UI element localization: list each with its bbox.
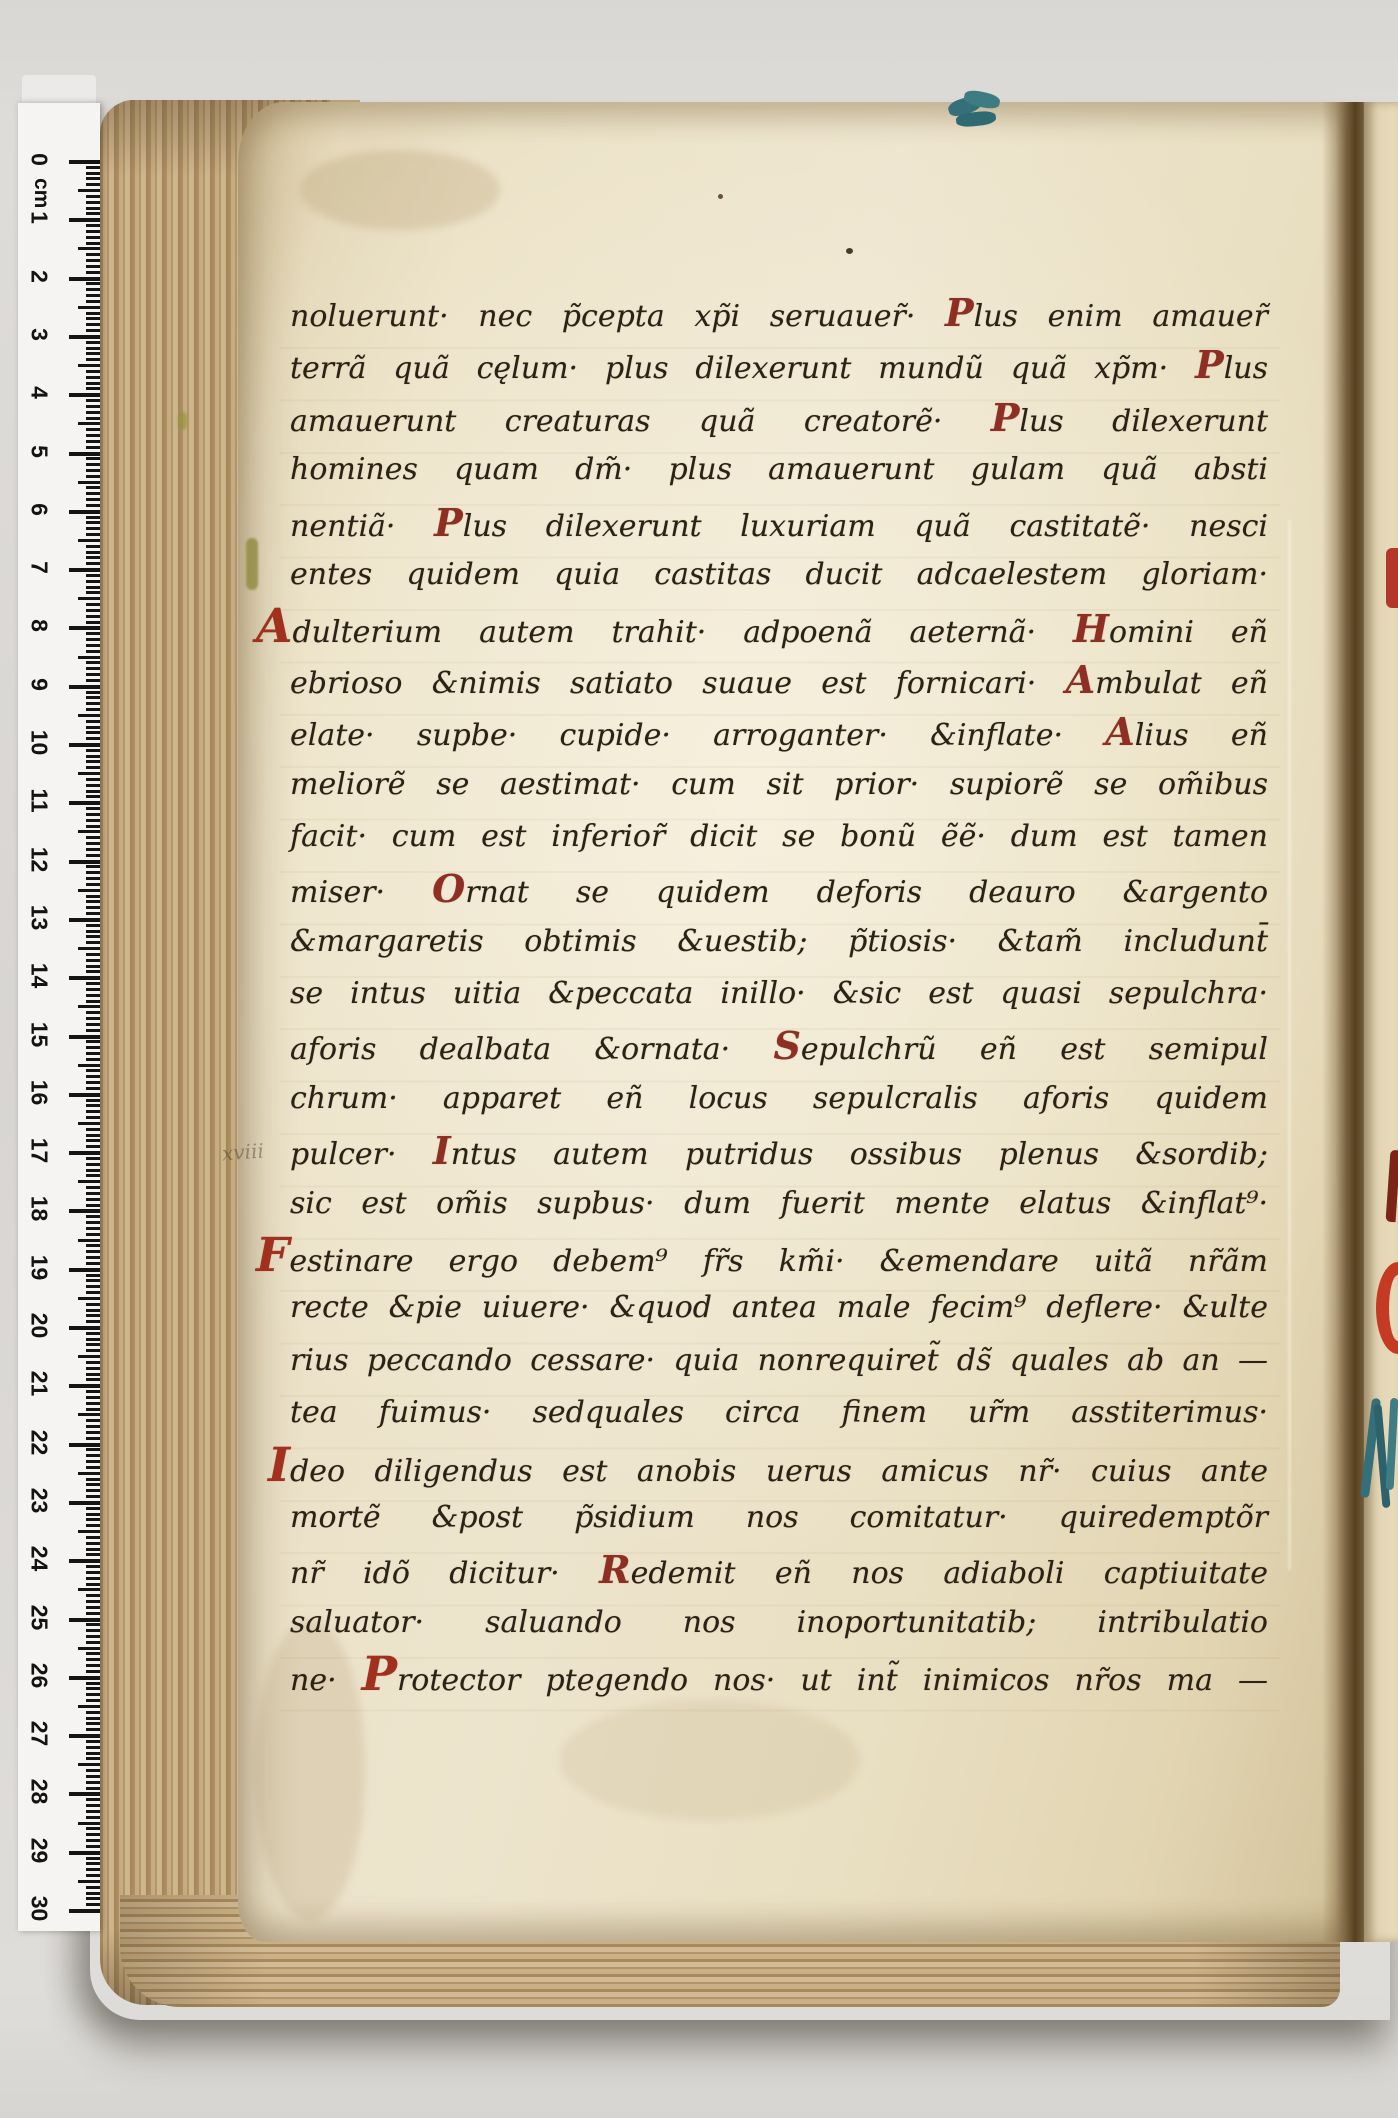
ruler-tick [78,1122,100,1125]
ruler-tick [86,1548,100,1551]
ruler-tick [86,1845,100,1848]
ruler-number: 2 [26,261,53,291]
manuscript-line: pulcer· Intus autem putridus ossibus ple… [290,1125,1268,1177]
ruler-tick [86,766,100,769]
manuscript-line: se intus uitia &peccata inillo· &sic est… [290,968,1268,1020]
ruler-tick [86,1781,100,1784]
ruler-tick [86,1419,100,1422]
ruler-tick [86,755,100,758]
ruler-tick [69,1326,100,1330]
ruler-tick [86,317,100,320]
ruler-tick [86,446,100,449]
manuscript-line: nentiã· Plus dilexerunt luxuriam quã cas… [290,497,1268,549]
ruler-tick [86,463,100,466]
manuscript-text-segment: rnat se quidem deforis deauro &argento [465,875,1268,910]
ruler-tick [78,1064,100,1067]
ruler-tick [86,1046,100,1049]
ruler-tick [86,1693,100,1696]
manuscript-line: mortẽ &post p̃sidium nos comitatur· quir… [290,1492,1268,1544]
ruler-tick [78,830,100,833]
ruler-tick [86,230,100,233]
ruler-tick [78,1355,100,1358]
ruler-number: 26 [26,1660,53,1690]
ruler-tick [86,906,100,909]
ruler-tick [86,405,100,408]
ruler-tick [86,924,100,927]
ruler-tick [86,591,100,594]
ruler-tick [86,1262,100,1265]
ruler-tick [86,1373,100,1376]
manuscript-line: Festinare ergo debem⁹ fr̃s km̃i· &emenda… [290,1230,1268,1282]
ruler-tick [69,393,100,397]
ruler-number: 11 [26,786,53,816]
ruler-tick [86,1757,100,1760]
ruler-tick [78,422,100,425]
ruler-tick [86,1139,100,1142]
ruler-tick [86,1017,100,1020]
ruler-tick [86,1134,100,1137]
ruler-tick [86,970,100,973]
ruler-tick [86,895,100,898]
ruler-number: 13 [26,902,53,932]
ruler-tick [86,865,100,868]
ruler-tick [86,1804,100,1807]
ruler-tick [86,667,100,670]
ruler-tick [78,1239,100,1242]
ruler-tick [86,661,100,664]
manuscript-text-segment: lus dilexerunt luxuriam quã castitatẽ· n… [463,509,1268,544]
ruler-tick [69,1151,100,1155]
ruler-tick [86,1658,100,1661]
manuscript-line: miser· Ornat se quidem deforis deauro &a… [290,863,1268,915]
ruler-tick [86,1169,100,1172]
bookmark-thread-top [948,90,1004,140]
ruler-tick [78,714,100,717]
ruler-number: 17 [26,1136,53,1166]
ruler-tick [69,1676,100,1680]
manuscript-text-segment: mortẽ &post p̃sidium nos comitatur· quir… [290,1500,1268,1535]
ruler-tick [78,889,100,892]
manuscript-text-segment: lus dilexerunt [1019,404,1268,439]
manuscript-text-segment: ne· [290,1663,362,1698]
ruler-tick [86,1075,100,1078]
ruler-number: 30 [26,1894,53,1924]
ruler-tick [86,521,100,524]
ruler-tick [86,638,100,641]
ruler-tick [86,1040,100,1043]
ruler-tick [86,1227,100,1230]
ruler-tick [78,1822,100,1825]
ruler-tick [86,1145,100,1148]
ruler-tick [69,568,100,572]
ruler-tick [78,656,100,659]
ruler-tick [86,1052,100,1055]
ruler-tick [86,1775,100,1778]
manuscript-text-segment: miser· [290,875,432,910]
ruler-tick [86,1023,100,1026]
ruler-tick [86,1233,100,1236]
ruler: 0123456789101112131415161718192021222324… [18,103,100,1931]
ruler-tick [86,825,100,828]
ruler-tick [86,1198,100,1201]
ruler-tick [86,1687,100,1690]
manuscript-text-segment: tea fuimus· sedquales circa finem ur̃m a… [290,1395,1268,1430]
rubric-initial: O [432,866,465,911]
margin-note: xviii [221,1139,264,1166]
ruler-tick [86,650,100,653]
manuscript-text-segment: recte &pie uiuere· &quod antea male feci… [290,1290,1268,1325]
ruler-number: 19 [26,1252,53,1282]
ruler-tick [78,1180,100,1183]
manuscript-line: entes quidem quia castitas ducit adcaele… [290,549,1268,601]
ruler-tick [86,1215,100,1218]
ruler-tick [86,1029,100,1032]
ruler-tick [86,516,100,519]
ruler-tick [78,247,100,250]
ruler-tick [86,1798,100,1801]
ruler-tick [86,1332,100,1335]
ruler-tick [86,1536,100,1539]
ruler-tick [69,1792,100,1796]
ruler-tick [86,1664,100,1667]
ruler-tick [86,1069,100,1072]
ruler-tick [86,1408,100,1411]
ruler-tick [86,726,100,729]
ruler-tick [86,1466,100,1469]
ruler-tick [86,1460,100,1463]
ruler-tick [86,434,100,437]
ruler-tick [86,1816,100,1819]
ruler-tick [69,1384,100,1388]
ruler-tick [86,428,100,431]
ruler-tick [78,1705,100,1708]
ruler-tick [86,930,100,933]
stain [560,1700,860,1820]
ruler-tick [86,720,100,723]
ruler-tick [86,1740,100,1743]
ruler-tick [86,265,100,268]
ruler-tick [86,644,100,647]
ruler-tick [86,1839,100,1842]
ruler-tick [86,417,100,420]
manuscript-text: noluerunt· nec p̃cepta xp̃i seruauer̃· P… [290,287,1268,1702]
ruler-tick [86,1495,100,1498]
ruler-number: 23 [26,1485,53,1515]
ruler-tick [86,1862,100,1865]
ruler-tick [78,364,100,367]
ruler-tick [86,615,100,618]
ruler-tick [86,784,100,787]
ruler-tick [86,871,100,874]
ruler-tick [86,691,100,694]
ruler-tick [86,300,100,303]
ruler-tick [86,1425,100,1428]
ruler-tick [86,912,100,915]
ruler-tick [86,854,100,857]
ruler-tick [86,1431,100,1434]
ruler-tick [86,271,100,274]
manuscript-text-segment: meliorẽ se aestimat· cum sit prior· supi… [290,767,1268,802]
ruler-number: 0 [26,145,53,175]
ruler-tick [86,282,100,285]
manuscript-text-segment: chrum· apparet eñ locus sepulcralis afor… [290,1081,1268,1116]
ruler-tick [86,790,100,793]
ruler-tick [86,1285,100,1288]
ruler-tick [86,1349,100,1352]
ruler-tick [78,1005,100,1008]
ruler-tick [86,1623,100,1626]
ruler-tick [86,1629,100,1632]
manuscript-line: ne· Protector ptegendo nos· ut int̃ inim… [290,1649,1268,1701]
ruler-tick [86,877,100,880]
ruler-tick [78,1588,100,1591]
ruler-tick [86,1682,100,1685]
ruler-tick [86,988,100,991]
ruler-tick [86,819,100,822]
ruler-tick [86,1099,100,1102]
ruler-tick [86,749,100,752]
ruler-tick [86,1192,100,1195]
ruler-tick [86,1011,100,1014]
facing-initial-fragment [1386,548,1398,608]
ruler-tick [86,603,100,606]
manuscript-text-segment: nentiã· [290,509,434,544]
manuscript-text-segment: rotector ptegendo nos· ut int̃ inimicos … [397,1663,1268,1698]
manuscript-text-segment: mbulat eñ [1095,666,1268,701]
ruler-tick [78,947,100,950]
rubric-initial: P [1195,342,1224,387]
ruler-tick [86,183,100,186]
ruler-tick [86,1892,100,1895]
ruler-tick [69,1618,100,1622]
manuscript-text-segment: facit· cum est inferior̃ dicit se bonũ ẽ… [290,819,1268,854]
ruler-tick [78,597,100,600]
ruler-tick [69,160,100,164]
ruler-tick [86,1378,100,1381]
ruler-tick [69,1734,100,1738]
ruler-tick [86,959,100,962]
ruler-tick [86,1542,100,1545]
ruler-tick [86,475,100,478]
manuscript-text-segment: omini eñ [1109,615,1268,650]
ruler-tick [86,329,100,332]
ruler-tick [86,900,100,903]
ruler-tick [78,189,100,192]
ruler-tick [86,737,100,740]
ruler-tick [86,1454,100,1457]
manuscript-text-segment: lius eñ [1135,718,1268,753]
ruler-tick [86,1868,100,1871]
ink-speck [846,248,853,254]
ruler-tick [86,982,100,985]
ruler-tick [86,551,100,554]
ruler-tick [86,1752,100,1755]
ruler-tick [86,486,100,489]
manuscript-line: terrã quã cęlum· plus dilexerunt mundũ q… [290,339,1268,391]
ruler-tick [69,1909,100,1913]
ruler-cap [22,75,96,105]
bookmark-thread-bottom [1362,1398,1398,1510]
manuscript-text-segment: aforis dealbata &ornata· [290,1032,773,1067]
ruler-number: 24 [26,1544,53,1574]
manuscript-line: amauerunt creaturas quã creatorẽ· Plus d… [290,392,1268,444]
ruler-tick [69,218,100,222]
ruler-tick [78,1297,100,1300]
manuscript-line: nr̃ idõ dicitur· Redemit eñ nos adiaboli… [290,1544,1268,1596]
ruler-tick [78,1763,100,1766]
ruler-tick [86,1174,100,1177]
ruler-tick [86,1128,100,1131]
rubric-initial: F [256,1228,289,1283]
ruler-tick [86,312,100,315]
ruler-tick [86,253,100,256]
ruler-tick [86,1565,100,1568]
ruler-tick [86,731,100,734]
ruler-tick [86,836,100,839]
rubric-initial: H [1073,606,1109,651]
ruler-tick [86,1396,100,1399]
ruler-tick [86,941,100,944]
ruler-tick [86,1367,100,1370]
rubric-initial: P [991,395,1020,440]
ruler-tick [78,1413,100,1416]
ruler-tick [86,1827,100,1830]
ruler-tick [86,352,100,355]
ruler-number: 5 [26,436,53,466]
rubric-initial: I [433,1128,451,1173]
ruler-tick [86,574,100,577]
ruler-number: 29 [26,1835,53,1865]
ruler-tick [86,1291,100,1294]
ruler-tick [86,172,100,175]
ruler-tick [86,1110,100,1113]
ruler-tick [86,1717,100,1720]
ruler-tick [69,1443,100,1447]
ruler-tick [69,1268,100,1272]
ruler-tick [86,1513,100,1516]
ruler-tick [86,795,100,798]
ruler-tick [86,1903,100,1906]
ruler-tick [86,545,100,548]
ruler-number: 3 [26,319,53,349]
ruler-tick [86,1309,100,1312]
ruler-tick [86,294,100,297]
green-fleck [178,412,187,430]
gutter-fold [1322,102,1366,1942]
ruler-tick [86,1728,100,1731]
ruler-tick [86,1303,100,1306]
ruler-tick [86,1897,100,1900]
ruler-tick [86,533,100,536]
ruler-tick [69,1501,100,1505]
manuscript-line: elate· supbe· cupide· arroganter· &infla… [290,706,1268,758]
ruler-tick [86,1641,100,1644]
ruler-tick [86,1577,100,1580]
ruler-tick [86,236,100,239]
manuscript-text-segment: lus enim amauer̃ [974,299,1268,334]
ruler-tick [86,1081,100,1084]
manuscript-text-segment: se intus uitia &peccata inillo· &sic est… [290,976,1268,1011]
ruler-tick [86,1402,100,1405]
ruler-tick [86,848,100,851]
manuscript-text-segment: rius peccando cessare· quia nonrequiret̃… [290,1343,1268,1378]
rubric-initial: S [773,1023,800,1068]
manuscript-text-segment: dulterium autem trahit· adpoenã aeternã· [292,615,1073,650]
ruler-number: 7 [26,553,53,583]
rubric-initial: A [256,599,292,654]
ruler-tick [86,632,100,635]
ruler-tick [86,1874,100,1877]
ruler-tick [86,708,100,711]
ruler-unit-label: cm [29,178,53,208]
ruler-tick [86,673,100,676]
manuscript-text-segment: &margaretis obtimis &uestib; p̃tiosis· &… [290,924,1268,959]
ruler-tick [86,440,100,443]
rubric-initial: R [599,1547,631,1592]
manuscript-line: &margaretis obtimis &uestib; p̃tiosis· &… [290,916,1268,968]
ruler-tick [86,1279,100,1282]
rubric-initial: I [268,1438,290,1493]
ruler-tick [86,1221,100,1224]
ink-speck [718,194,723,199]
rubric-initial: P [434,500,463,545]
ruler-tick [86,813,100,816]
ruler-tick [69,277,100,281]
ruler-tick [86,1635,100,1638]
ruler-number: 4 [26,378,53,408]
ruler-tick [86,492,100,495]
ruler-tick [86,1612,100,1615]
ruler-tick [86,1244,100,1247]
ruler-tick [86,953,100,956]
manuscript-text-segment: noluerunt· nec p̃cepta xp̃i seruauer̃· [290,299,945,334]
ruler-tick [86,1448,100,1451]
ruler-tick [69,452,100,456]
manuscript-line: ebrioso &nimis satiato suaue est fornica… [290,654,1268,706]
ruler-number: 10 [26,728,53,758]
ruler-number: 12 [26,844,53,874]
ruler-tick [86,556,100,559]
ruler-tick [69,1559,100,1563]
ruler-tick [69,976,100,980]
manuscript-line: noluerunt· nec p̃cepta xp̃i seruauer̃· P… [290,287,1268,339]
ruler-tick [86,1833,100,1836]
manuscript-line: facit· cum est inferior̃ dicit se bonũ ẽ… [290,811,1268,863]
ruler-tick [86,1157,100,1160]
ruler-tick [78,772,100,775]
ruler-number: 14 [26,961,53,991]
ruler-number: 9 [26,669,53,699]
ruler-number: 16 [26,1077,53,1107]
manuscript-text-segment: ntus autem putridus ossibus plenus &sord… [451,1137,1268,1172]
manuscript-text-segment: pulcer· [290,1137,433,1172]
ruler-tick [78,306,100,309]
ruler-tick [86,457,100,460]
manuscript-text-segment: elate· supbe· cupide· arroganter· &infla… [290,718,1105,753]
ruler-tick [86,994,100,997]
ruler-tick [86,965,100,968]
ruler-tick [86,224,100,227]
ruler-tick [86,1000,100,1003]
ruler-tick [86,1104,100,1107]
ruler-tick [86,1483,100,1486]
ruler-tick [86,580,100,583]
ruler-tick [86,370,100,373]
manuscript-text-segment: edemit eñ nos adiaboli captiuitate [631,1556,1268,1591]
manuscript-line: homines quam dm̃· plus amauerunt gulam q… [290,444,1268,496]
manuscript-line: tea fuimus· sedquales circa finem ur̃m a… [290,1387,1268,1439]
ruler-tick [86,1652,100,1655]
